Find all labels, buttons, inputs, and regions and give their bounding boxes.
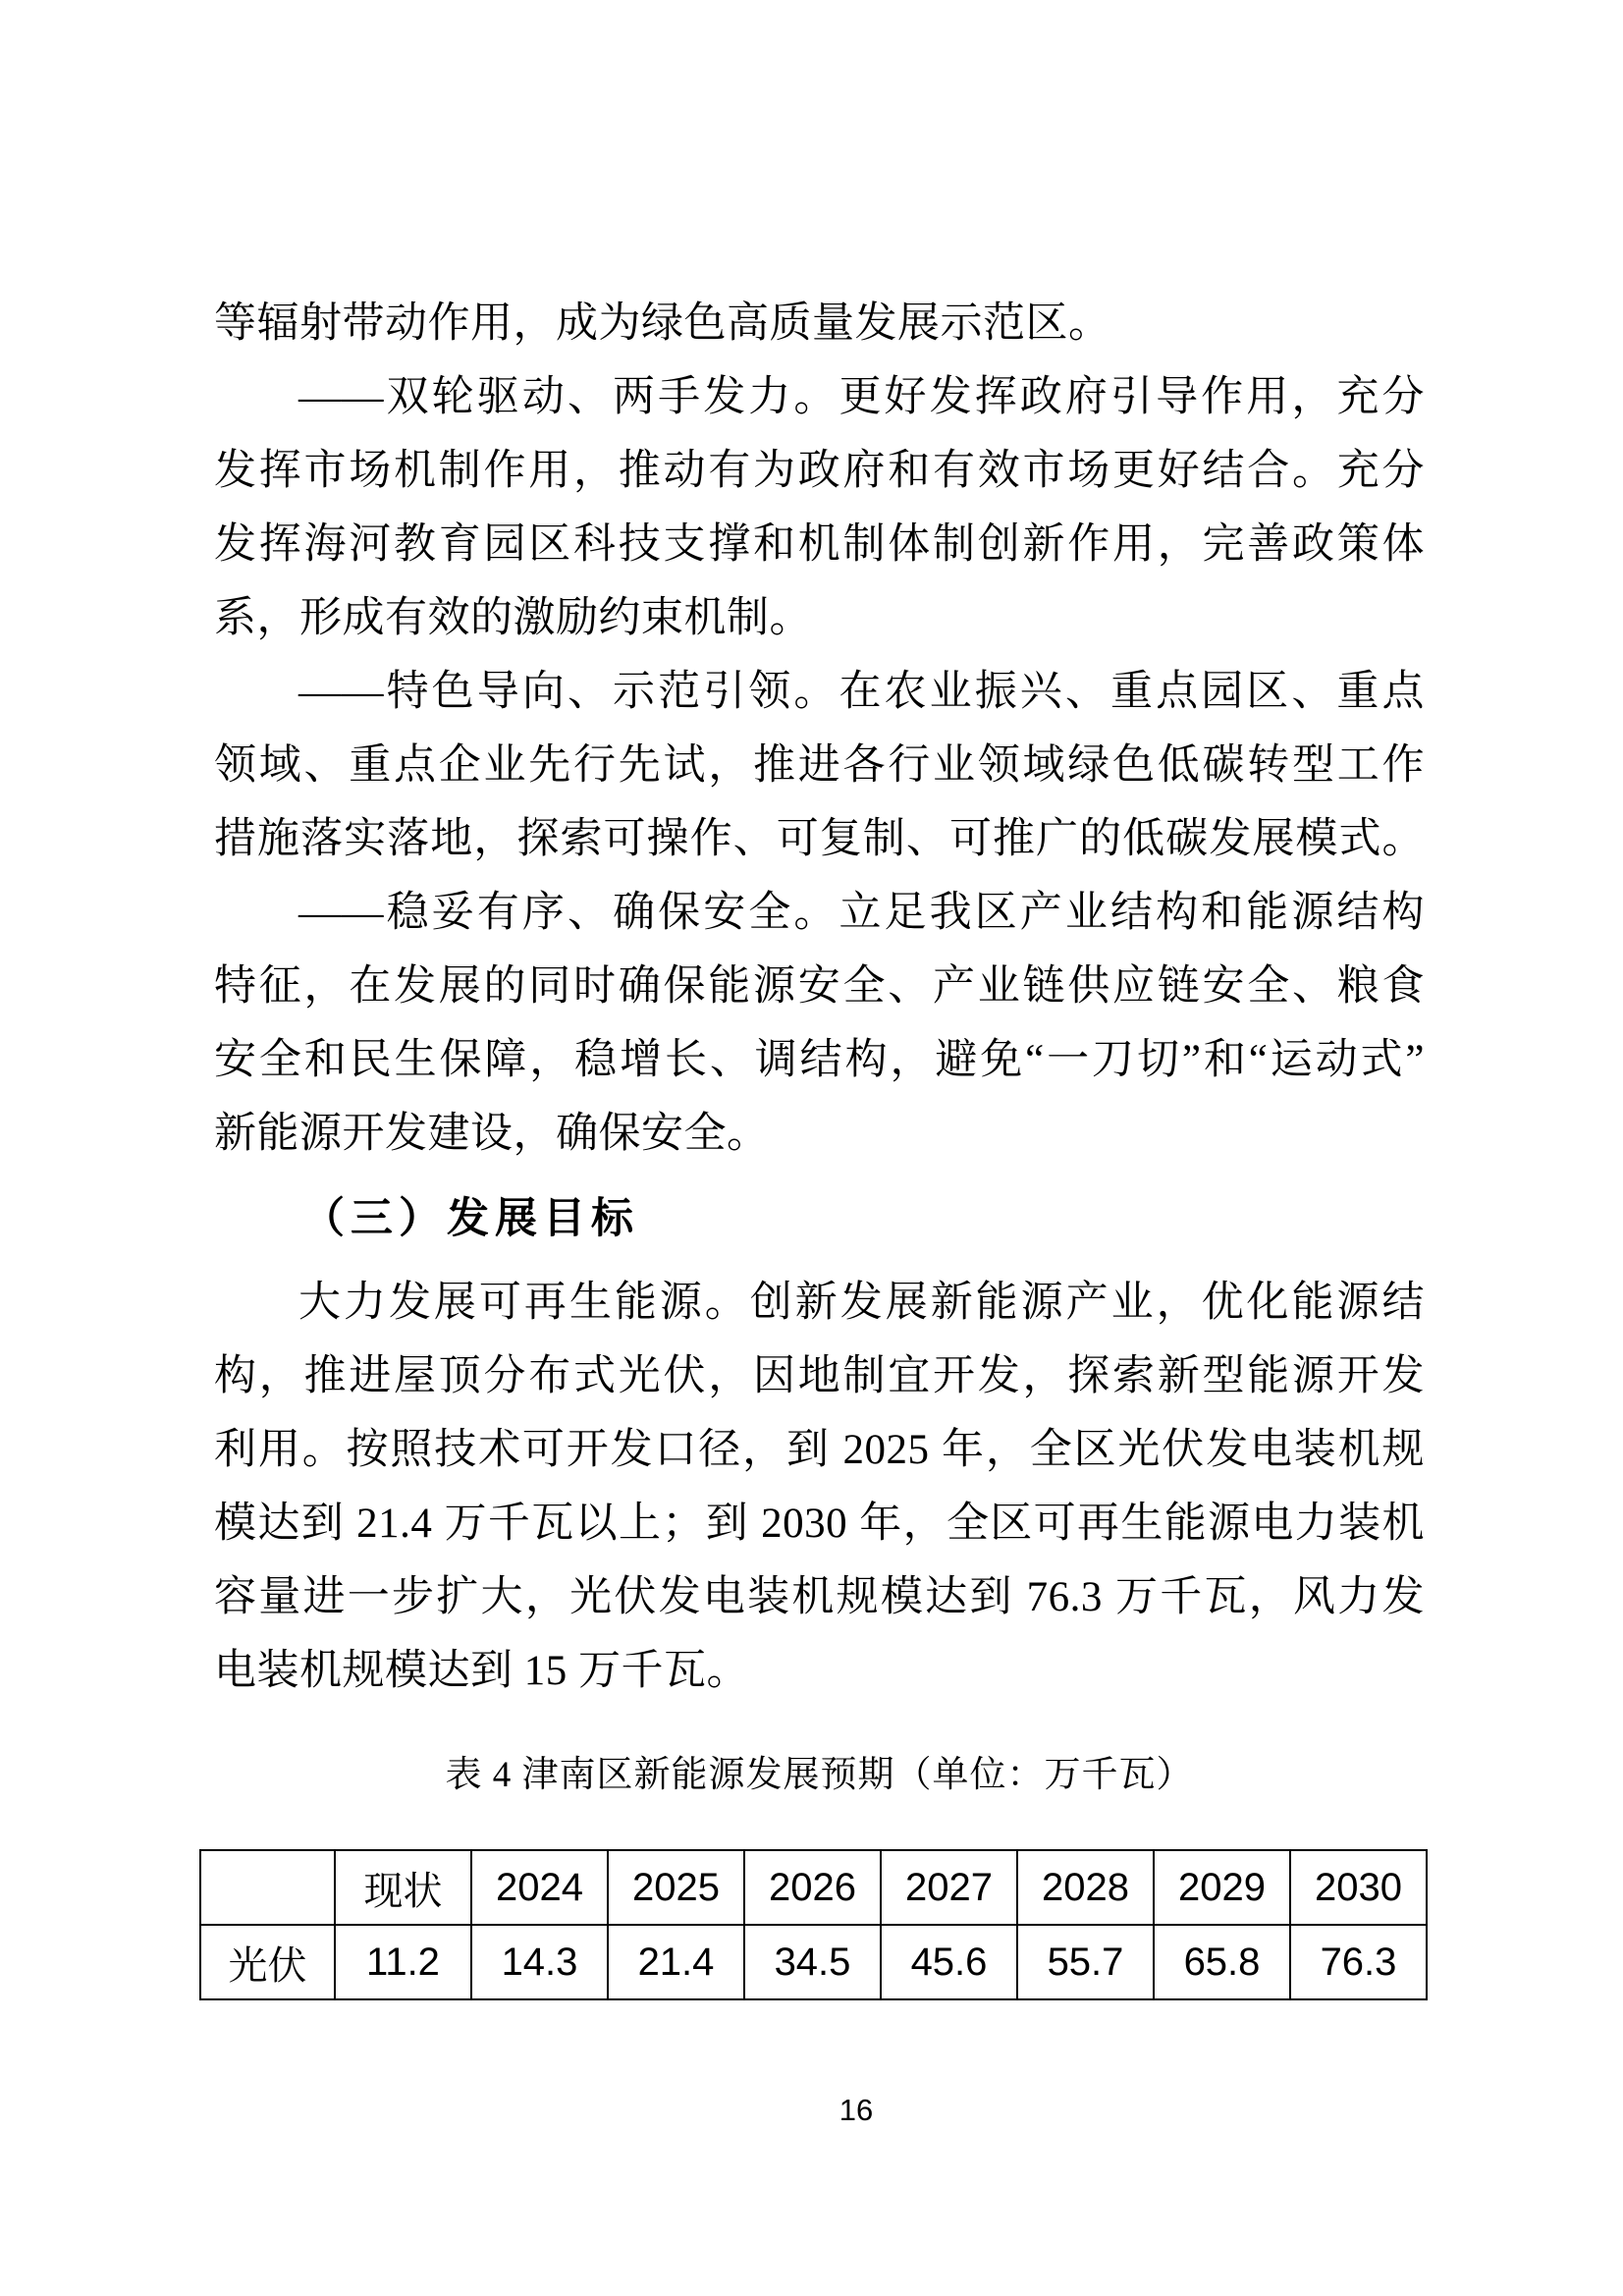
- table-cell: 76.3: [1290, 1925, 1427, 1999]
- table-cell: 34.5: [744, 1925, 881, 1999]
- body-text: 等辐射带动作用，成为绿色高质量发展示范区。 ——双轮驱动、两手发力。更好发挥政府…: [214, 287, 1425, 2000]
- paragraph-line: 特征，在发展的同时确保能源安全、产业链供应链安全、粮食: [214, 950, 1425, 1023]
- document-page: 等辐射带动作用，成为绿色高质量发展示范区。 ——双轮驱动、两手发力。更好发挥政府…: [0, 0, 1623, 2296]
- paragraph-line: ——特色导向、示范引领。在农业振兴、重点园区、重点: [214, 655, 1425, 729]
- table-cell: 14.3: [471, 1925, 608, 1999]
- table-header-row: 现状 2024 2025 2026 2027 2028 2029 2030: [200, 1850, 1427, 1925]
- paragraph-line: 领域、重点企业先行先试，推进各行业领域绿色低碳转型工作: [214, 729, 1425, 802]
- table-header-cell: 2026: [744, 1850, 881, 1925]
- page-number: 16: [839, 2094, 873, 2127]
- section-heading: （三）发展目标: [214, 1182, 1425, 1256]
- table-header-cell: 2025: [608, 1850, 744, 1925]
- paragraph-line: 电装机规模达到 15 万千瓦。: [214, 1634, 1425, 1708]
- table-header-cell: 2029: [1154, 1850, 1290, 1925]
- table-cell: 21.4: [608, 1925, 744, 1999]
- paragraph-line: 措施落实落地，探索可操作、可复制、可推广的低碳发展模式。: [214, 802, 1425, 876]
- paragraph-line: 容量进一步扩大，光伏发电装机规模达到 76.3 万千瓦，风力发: [214, 1560, 1425, 1634]
- table-header-cell: [200, 1850, 335, 1925]
- table-row-label: 光伏: [200, 1925, 335, 1999]
- paragraph-line: 安全和民生保障，稳增长、调结构，避免“一刀切”和“运动式”: [214, 1023, 1425, 1097]
- table-cell: 45.6: [881, 1925, 1017, 1999]
- table-header-cell: 2027: [881, 1850, 1017, 1925]
- paragraph-line: 发挥市场机制作用，推动有为政府和有效市场更好结合。充分: [214, 434, 1425, 508]
- paragraph-line: ——双轮驱动、两手发力。更好发挥政府引导作用，充分: [214, 360, 1425, 434]
- paragraph-line: 新能源开发建设，确保安全。: [214, 1097, 1425, 1171]
- table-header-cell: 2024: [471, 1850, 608, 1925]
- table-header-cell: 2028: [1017, 1850, 1154, 1925]
- table-cell: 11.2: [335, 1925, 471, 1999]
- table-cell: 65.8: [1154, 1925, 1290, 1999]
- paragraph-line: 系，形成有效的激励约束机制。: [214, 581, 1425, 655]
- paragraph-line: 大力发展可再生能源。创新发展新能源产业，优化能源结: [214, 1266, 1425, 1339]
- table-header-cell: 2030: [1290, 1850, 1427, 1925]
- table-header-cell: 现状: [335, 1850, 471, 1925]
- paragraph-line: ——稳妥有序、确保安全。立足我区产业结构和能源结构: [214, 876, 1425, 950]
- paragraph-line: 发挥海河教育园区科技支撑和机制体制创新作用，完善政策体: [214, 508, 1425, 581]
- paragraph-line: 等辐射带动作用，成为绿色高质量发展示范区。: [214, 287, 1425, 360]
- table-caption: 表 4 津南区新能源发展预期（单位：万千瓦）: [214, 1747, 1425, 1804]
- table-cell: 55.7: [1017, 1925, 1154, 1999]
- data-table: 现状 2024 2025 2026 2027 2028 2029 2030 光伏…: [199, 1849, 1428, 2000]
- paragraph-line: 构，推进屋顶分布式光伏，因地制宜开发，探索新型能源开发: [214, 1339, 1425, 1413]
- table-row: 光伏 11.2 14.3 21.4 34.5 45.6 55.7 65.8 76…: [200, 1925, 1427, 1999]
- paragraph-line: 利用。按照技术可开发口径，到 2025 年，全区光伏发电装机规: [214, 1413, 1425, 1487]
- paragraph-line: 模达到 21.4 万千瓦以上；到 2030 年，全区可再生能源电力装机: [214, 1487, 1425, 1560]
